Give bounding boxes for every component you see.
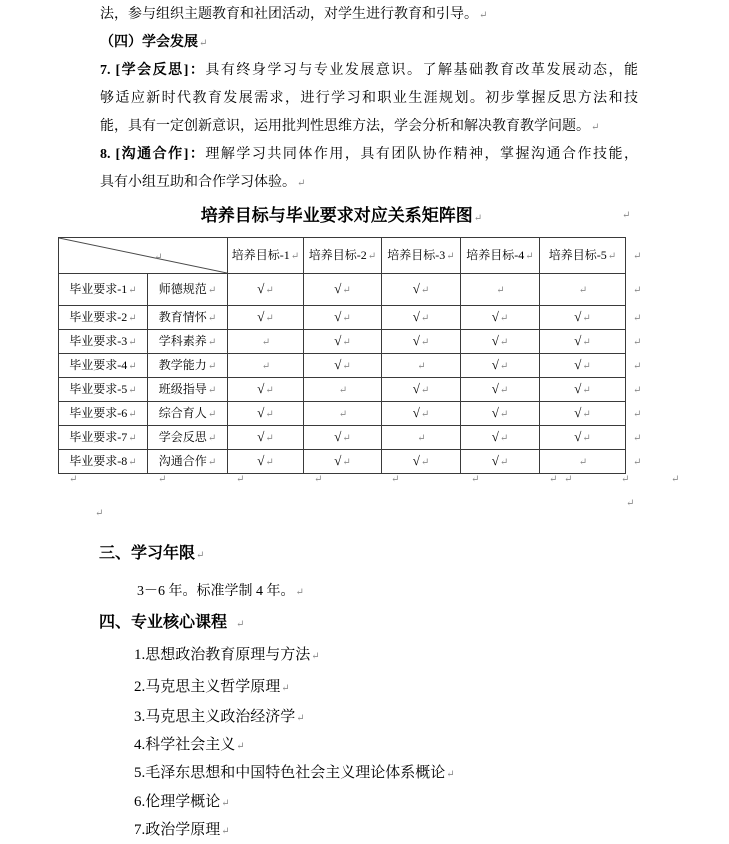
paragraph-mark-icon: ↵ [368, 251, 376, 262]
check-cell: √↵ [461, 306, 540, 330]
paragraph-mark-icon: ↵ [671, 474, 679, 485]
check-cell: √↵ [228, 274, 304, 306]
paragraph-mark-icon: ↵ [582, 385, 590, 396]
paragraph-mark-icon: ↵ [500, 337, 508, 348]
paragraph-mark-icon: ↵ [496, 285, 504, 296]
paragraph-mark-icon: ↵ [582, 313, 590, 324]
course-item: 3.马克思主义政治经济学↵ [134, 707, 305, 729]
paragraph-mark-icon: ↵ [221, 798, 229, 809]
matrix-header-row: ↵ 培养目标-1↵ 培养目标-2↵ 培养目标-3↵ 培养目标-4↵ 培养目标-5… [59, 238, 651, 274]
paragraph-mark-icon: ↵ [265, 457, 273, 468]
matrix-row: 毕业要求-8↵沟通合作↵√↵√↵√↵√↵↵↵ [59, 450, 651, 474]
item7-text: 具有终身学习与专业发展意识。了解基础教育改革发展动态，能 [205, 63, 638, 78]
check-cell: √↵ [540, 354, 626, 378]
graduation-req-cell: 毕业要求-8↵ [59, 450, 148, 474]
check-cell: √↵ [382, 306, 461, 330]
col-header-text: 培养目标-5 [549, 248, 607, 262]
check-cell: √↵ [228, 450, 304, 474]
check-mark: √ [413, 281, 420, 296]
empty-cell: ↵ [461, 274, 540, 306]
check-mark: √ [492, 405, 499, 420]
dimension-cell: 学会反思↵ [148, 426, 228, 450]
section-heading-text: 四、专业核心课程 [99, 614, 227, 631]
check-cell: √↵ [540, 378, 626, 402]
paragraph-mark-icon: ↵ [474, 213, 482, 224]
paragraph-mark-icon: ↵ [622, 210, 630, 221]
dimension-cell: 沟通合作↵ [148, 450, 228, 474]
paragraph-mark-icon: ↵ [95, 508, 103, 519]
section-heading-study-years: 三、学习年限↵ [99, 543, 204, 567]
section-heading-text: 三、学习年限 [99, 545, 195, 562]
paragraph-mark-icon: ↵ [446, 251, 454, 262]
check-mark: √ [574, 333, 581, 348]
paragraph-mark-icon: ↵ [128, 361, 136, 372]
check-cell: √↵ [461, 426, 540, 450]
paragraph-mark-icon: ↵ [236, 741, 244, 752]
check-mark: √ [574, 357, 581, 372]
paragraph-mark-icon: ↵ [582, 337, 590, 348]
matrix-title-text: 培养目标与毕业要求对应关系矩阵图 [201, 206, 473, 225]
paragraph-mark-icon: ↵ [579, 285, 587, 296]
paragraph-mark-icon: ↵ [633, 285, 641, 296]
course-item: 1.思想政治教育原理与方法↵ [134, 645, 320, 667]
matrix-row: 毕业要求-3↵学科素养↵↵√↵√↵√↵√↵↵ [59, 330, 651, 354]
paragraph-mark-icon: ↵ [633, 433, 641, 444]
check-mark: √ [257, 381, 264, 396]
row-end-mark-cell: ↵ [626, 274, 651, 306]
col-header-goal-2: 培养目标-2↵ [304, 238, 382, 274]
col-header-text: 培养目标-2 [309, 248, 367, 262]
check-cell: √↵ [228, 426, 304, 450]
paragraph-mark-icon: ↵ [525, 251, 533, 262]
paragraph-mark-icon: ↵ [500, 409, 508, 420]
paragraph-mark-icon: ↵ [421, 313, 429, 324]
paragraph-tail-line: 法，参与组织主题教育和社团活动，对学生进行教育和引导。↵ [100, 5, 638, 26]
paragraph-mark-icon: ↵ [265, 385, 273, 396]
row-end-mark-cell: ↵ [626, 306, 651, 330]
paragraph-mark-icon: ↵ [342, 285, 350, 296]
item8-line-1: 8. [沟通合作]：理解学习共同体作用，具有团队协作精神，掌握沟通合作技能， [100, 145, 638, 165]
paragraph-mark-icon: ↵ [421, 385, 429, 396]
check-cell: √↵ [304, 426, 382, 450]
check-mark: √ [413, 453, 420, 468]
check-mark: √ [492, 429, 499, 444]
matrix-table: ↵ 培养目标-1↵ 培养目标-2↵ 培养目标-3↵ 培养目标-4↵ 培养目标-5… [58, 237, 651, 474]
col-header-text: 培养目标-1 [232, 248, 290, 262]
course-item-text: 4.科学社会主义 [134, 737, 235, 753]
graduation-req-cell: 毕业要求-5↵ [59, 378, 148, 402]
empty-cell: ↵ [304, 402, 382, 426]
paragraph-mark-icon: ↵ [69, 474, 77, 485]
check-cell: √↵ [304, 274, 382, 306]
check-mark: √ [413, 405, 420, 420]
paragraph-mark-icon: ↵ [339, 409, 347, 420]
matrix-row: 毕业要求-2↵教育情怀↵√↵√↵√↵√↵√↵↵ [59, 306, 651, 330]
item8-text: 具有小组互助和合作学习体验。 [100, 175, 296, 190]
dimension-cell: 班级指导↵ [148, 378, 228, 402]
paragraph-mark-icon: ↵ [633, 385, 641, 396]
paragraph-mark-icon: ↵ [265, 433, 273, 444]
empty-cell: ↵ [540, 450, 626, 474]
check-cell: √↵ [228, 402, 304, 426]
check-mark: √ [334, 309, 341, 324]
course-item: 6.伦理学概论↵ [134, 792, 230, 814]
item7-line-1: 7. [学会反思]：具有终身学习与专业发展意识。了解基础教育改革发展动态，能 [100, 61, 638, 81]
paragraph-mark-icon: ↵ [128, 337, 136, 348]
item7-label: 7. [学会反思]： [100, 63, 205, 78]
paragraph-mark-icon: ↵ [500, 313, 508, 324]
course-item: 7.政治学原理↵ [134, 820, 230, 842]
paragraph-mark-icon: ↵ [265, 285, 273, 296]
paragraph-mark-icon: ↵ [281, 683, 289, 694]
dimension-label: 学科素养 [159, 334, 207, 348]
paragraph-mark-icon: ↵ [582, 409, 590, 420]
matrix-row: 毕业要求-4↵教学能力↵↵√↵↵√↵√↵↵ [59, 354, 651, 378]
check-mark: √ [334, 453, 341, 468]
subsection-heading: （四）学会发展↵ [100, 33, 638, 54]
paragraph-mark-icon: ↵ [446, 769, 454, 780]
matrix-row: 毕业要求-6↵综合育人↵√↵↵√↵√↵√↵↵ [59, 402, 651, 426]
graduation-req-label: 毕业要求-7 [69, 430, 127, 444]
paragraph-mark-icon: ↵ [265, 313, 273, 324]
paragraph-mark-icon: ↵ [500, 433, 508, 444]
check-mark: √ [492, 333, 499, 348]
paragraph-mark-icon: ↵ [633, 337, 641, 348]
document-page: 法，参与组织主题教育和社团活动，对学生进行教育和引导。↵ （四）学会发展↵ 7.… [0, 0, 729, 844]
graduation-req-cell: 毕业要求-3↵ [59, 330, 148, 354]
check-mark: √ [574, 381, 581, 396]
section-heading-core-courses: 四、专业核心课程↵ [99, 612, 244, 636]
paragraph-mark-icon: ↵ [471, 474, 479, 485]
check-cell: √↵ [461, 450, 540, 474]
col-header-text: 培养目标-3 [387, 248, 445, 262]
course-item: 4.科学社会主义↵ [134, 735, 245, 757]
paragraph-mark-icon: ↵ [199, 38, 207, 49]
paragraph-mark-icon: ↵ [479, 10, 487, 21]
paragraph-mark-icon: ↵ [633, 251, 641, 262]
empty-cell: ↵ [228, 354, 304, 378]
matrix-row: 毕业要求-1↵师德规范↵√↵√↵√↵↵↵↵ [59, 274, 651, 306]
row-end-mark-cell: ↵ [626, 402, 651, 426]
col-header-goal-3: 培养目标-3↵ [382, 238, 461, 274]
course-item: 5.毛泽东思想和中国特色社会主义理论体系概论↵ [134, 763, 455, 785]
paragraph-mark-icon: ↵ [582, 361, 590, 372]
paragraph-mark-icon: ↵ [421, 285, 429, 296]
dimension-cell: 教学能力↵ [148, 354, 228, 378]
graduation-req-cell: 毕业要求-4↵ [59, 354, 148, 378]
dimension-cell: 师德规范↵ [148, 274, 228, 306]
paragraph-mark-icon: ↵ [208, 285, 216, 296]
check-cell: √↵ [382, 378, 461, 402]
empty-cell: ↵ [540, 274, 626, 306]
check-mark: √ [413, 309, 420, 324]
paragraph-mark-icon: ↵ [314, 474, 322, 485]
paragraph-mark-icon: ↵ [591, 122, 599, 133]
row-end-mark-cell: ↵ [626, 426, 651, 450]
paragraph-mark-icon: ↵ [339, 385, 347, 396]
item7-line-3: 能，具有一定创新意识，运用批判性思维方法，学会分析和解决教育教学问题。↵ [100, 117, 638, 138]
paragraph-mark-icon: ↵ [236, 619, 244, 630]
check-mark: √ [492, 357, 499, 372]
paragraph-mark-icon: ↵ [158, 474, 166, 485]
graduation-req-label: 毕业要求-2 [69, 310, 127, 324]
check-mark: √ [574, 309, 581, 324]
paragraph-mark-icon: ↵ [391, 474, 399, 485]
paragraph-mark-icon: ↵ [342, 337, 350, 348]
paragraph-mark-icon: ↵ [421, 409, 429, 420]
check-mark: √ [413, 333, 420, 348]
paragraph-mark-icon: ↵ [291, 251, 299, 262]
paragraph-mark-icon: ↵ [221, 826, 229, 837]
paragraph-mark-icon: ↵ [236, 474, 244, 485]
empty-cell: ↵ [382, 426, 461, 450]
check-mark: √ [492, 381, 499, 396]
paragraph-mark-icon: ↵ [297, 178, 305, 189]
check-cell: √↵ [382, 450, 461, 474]
paragraph-mark-icon: ↵ [128, 409, 136, 420]
paragraph-mark-icon: ↵ [208, 457, 216, 468]
paragraph-mark-icon: ↵ [342, 433, 350, 444]
item8-line-2: 具有小组互助和合作学习体验。↵ [100, 173, 638, 194]
check-cell: √↵ [540, 426, 626, 450]
paragraph-mark-icon: ↵ [311, 651, 319, 662]
paragraph-mark-icon: ↵ [417, 361, 425, 372]
paragraph-mark-icon: ↵ [633, 313, 641, 324]
paragraph-mark-icon: ↵ [128, 285, 136, 296]
check-cell: √↵ [461, 354, 540, 378]
paragraph-mark-icon: ↵ [208, 313, 216, 324]
paragraph-mark-icon: ↵ [128, 313, 136, 324]
dimension-label: 教学能力 [159, 358, 207, 372]
paragraph-mark-icon: ↵ [633, 457, 641, 468]
dimension-label: 师德规范 [159, 282, 207, 296]
paragraph-mark-icon: ↵ [262, 337, 270, 348]
paragraph-mark-icon: ↵ [342, 457, 350, 468]
check-cell: √↵ [382, 402, 461, 426]
row-end-mark-cell: ↵ [626, 450, 651, 474]
check-cell: √↵ [228, 378, 304, 402]
check-mark: √ [334, 357, 341, 372]
check-mark: √ [257, 405, 264, 420]
row-end-mark-cell: ↵ [626, 330, 651, 354]
graduation-req-cell: 毕业要求-6↵ [59, 402, 148, 426]
paragraph-mark-icon: ↵ [421, 457, 429, 468]
paragraph-mark-icon: ↵ [564, 474, 572, 485]
col-header-goal-1: 培养目标-1↵ [228, 238, 304, 274]
paragraph-mark-icon: ↵ [342, 313, 350, 324]
dimension-label: 学会反思 [159, 430, 207, 444]
check-cell: √↵ [304, 306, 382, 330]
check-cell: √↵ [382, 330, 461, 354]
check-cell: √↵ [461, 402, 540, 426]
check-mark: √ [257, 281, 264, 296]
paragraph-mark-icon: ↵ [633, 409, 641, 420]
paragraph-mark-icon: ↵ [128, 457, 136, 468]
subsection-heading-text: （四）学会发展 [100, 35, 198, 50]
paragraph-mark-icon: ↵ [626, 498, 634, 509]
matrix-row: 毕业要求-7↵学会反思↵√↵√↵↵√↵√↵↵ [59, 426, 651, 450]
paragraph-text: 法，参与组织主题教育和社团活动，对学生进行教育和引导。 [100, 7, 478, 22]
item8-label: 8. [沟通合作]： [100, 147, 205, 162]
check-mark: √ [574, 429, 581, 444]
dimension-cell: 教育情怀↵ [148, 306, 228, 330]
graduation-req-cell: 毕业要求-2↵ [59, 306, 148, 330]
matrix-table-body: 毕业要求-1↵师德规范↵√↵√↵√↵↵↵↵毕业要求-2↵教育情怀↵√↵√↵√↵√… [59, 274, 651, 474]
dimension-label: 教育情怀 [159, 310, 207, 324]
graduation-req-cell: 毕业要求-7↵ [59, 426, 148, 450]
item8-text: 理解学习共同体作用，具有团队协作精神，掌握沟通合作技能， [205, 147, 638, 162]
row-end-mark-cell: ↵ [626, 238, 651, 274]
course-item: 2.马克思主义哲学原理↵ [134, 677, 290, 699]
dimension-label: 综合育人 [159, 406, 207, 420]
check-cell: √↵ [461, 330, 540, 354]
graduation-req-cell: 毕业要求-1↵ [59, 274, 148, 306]
paragraph-mark-icon: ↵ [421, 337, 429, 348]
paragraph-mark-icon: ↵ [579, 457, 587, 468]
paragraph-mark-icon: ↵ [582, 433, 590, 444]
check-mark: √ [334, 429, 341, 444]
course-item-text: 3.马克思主义政治经济学 [134, 709, 295, 725]
empty-cell: ↵ [382, 354, 461, 378]
check-cell: √↵ [304, 354, 382, 378]
paragraph-mark-icon: ↵ [208, 337, 216, 348]
row-end-mark-cell: ↵ [626, 354, 651, 378]
dimension-cell: 综合育人↵ [148, 402, 228, 426]
empty-cell: ↵ [228, 330, 304, 354]
dimension-label: 班级指导 [159, 382, 207, 396]
empty-cell: ↵ [304, 378, 382, 402]
paragraph-marks-row: ↵↵↵↵↵↵↵↵↵↵ [0, 474, 729, 488]
dimension-cell: 学科素养↵ [148, 330, 228, 354]
matrix-row: 毕业要求-5↵班级指导↵√↵↵√↵√↵√↵↵ [59, 378, 651, 402]
paragraph-mark-icon: ↵ [128, 385, 136, 396]
check-cell: √↵ [540, 402, 626, 426]
check-cell: √↵ [461, 378, 540, 402]
matrix-title: 培养目标与毕业要求对应关系矩阵图↵ [58, 204, 625, 231]
paragraph-mark-icon: ↵ [621, 474, 629, 485]
diagonal-header-cell: ↵ [59, 238, 228, 274]
course-item-text: 2.马克思主义哲学原理 [134, 679, 280, 695]
row-end-mark-cell: ↵ [626, 378, 651, 402]
col-header-goal-5: 培养目标-5↵ [540, 238, 626, 274]
graduation-req-label: 毕业要求-3 [69, 334, 127, 348]
check-mark: √ [257, 429, 264, 444]
paragraph-mark-icon: ↵ [208, 409, 216, 420]
paragraph-mark-icon: ↵ [265, 409, 273, 420]
paragraph-mark-icon: ↵ [500, 361, 508, 372]
course-item-text: 6.伦理学概论 [134, 794, 220, 810]
check-mark: √ [492, 453, 499, 468]
graduation-req-label: 毕业要求-4 [69, 358, 127, 372]
check-cell: √↵ [228, 306, 304, 330]
paragraph-mark-icon: ↵ [342, 361, 350, 372]
paragraph-mark-icon: ↵ [208, 385, 216, 396]
study-years-text-line: 3－6 年。标准学制 4 年。↵ [137, 582, 304, 603]
check-mark: √ [257, 309, 264, 324]
graduation-req-label: 毕业要求-1 [69, 282, 127, 296]
check-cell: √↵ [382, 274, 461, 306]
course-item-text: 7.政治学原理 [134, 822, 220, 838]
item7-line-2: 够适应新时代教育发展需求，进行学习和职业生涯规划。初步掌握反思方法和技 [100, 89, 638, 109]
check-cell: √↵ [540, 306, 626, 330]
study-years-text: 3－6 年。标准学制 4 年。 [137, 584, 295, 599]
item7-text: 够适应新时代教育发展需求，进行学习和职业生涯规划。初步掌握反思方法和技 [100, 91, 638, 106]
paragraph-mark-icon: ↵ [500, 457, 508, 468]
check-mark: √ [257, 453, 264, 468]
paragraph-mark-icon: ↵ [296, 713, 304, 724]
paragraph-mark-icon: ↵ [608, 251, 616, 262]
check-mark: √ [413, 381, 420, 396]
paragraph-mark-icon: ↵ [417, 433, 425, 444]
paragraph-mark-icon: ↵ [296, 587, 304, 598]
paragraph-mark-icon: ↵ [208, 433, 216, 444]
paragraph-mark-icon: ↵ [633, 361, 641, 372]
paragraph-mark-icon: ↵ [549, 474, 557, 485]
course-item-text: 1.思想政治教育原理与方法 [134, 647, 310, 663]
diagonal-line [59, 238, 227, 273]
graduation-req-label: 毕业要求-5 [69, 382, 127, 396]
check-mark: √ [334, 281, 341, 296]
check-cell: √↵ [304, 450, 382, 474]
paragraph-mark-icon: ↵ [500, 385, 508, 396]
paragraph-mark-icon: ↵ [128, 433, 136, 444]
item7-text: 能，具有一定创新意识，运用批判性思维方法，学会分析和解决教育教学问题。 [100, 119, 590, 134]
course-item-text: 5.毛泽东思想和中国特色社会主义理论体系概论 [134, 765, 445, 781]
paragraph-mark-icon: ↵ [208, 361, 216, 372]
dimension-label: 沟通合作 [159, 454, 207, 468]
graduation-req-label: 毕业要求-8 [69, 454, 127, 468]
check-cell: √↵ [540, 330, 626, 354]
check-cell: √↵ [304, 330, 382, 354]
graduation-req-label: 毕业要求-6 [69, 406, 127, 420]
col-header-goal-4: 培养目标-4↵ [461, 238, 540, 274]
paragraph-mark-icon: ↵ [262, 361, 270, 372]
check-mark: √ [492, 309, 499, 324]
paragraph-mark-icon: ↵ [154, 251, 162, 265]
check-mark: √ [334, 333, 341, 348]
col-header-text: 培养目标-4 [466, 248, 524, 262]
paragraph-mark-icon: ↵ [196, 550, 204, 561]
check-mark: √ [574, 405, 581, 420]
